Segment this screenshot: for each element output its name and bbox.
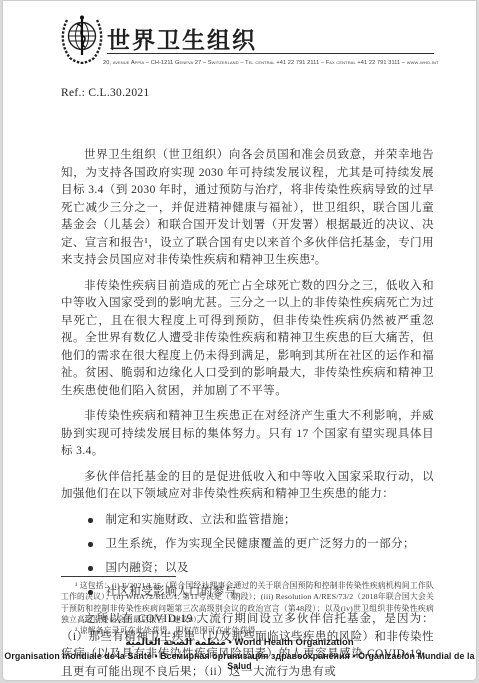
document-page: 世界卫生组织 20, avenue Appia – CH-1211 Geneva… (2, 0, 477, 681)
footnotes-section: ¹ 这包括：(i) E/2021/L35（联合国经社理事会通过的关于联合国预防和… (61, 576, 434, 636)
address-line: 20, avenue Appia – CH-1211 Geneva 27 – S… (103, 60, 438, 66)
bullet-text: 卫生系统，作为实现全民健康覆盖的更广泛努力的一部分； (106, 536, 415, 554)
footnote-1: ¹ 这包括：(i) E/2021/L35（联合国经社理事会通过的关于联合国预防和… (61, 580, 434, 625)
org-title: 世界卫生组织 (107, 22, 257, 55)
footnote-2: ² 谅解备忘录可在此处获得。职权范围可在此处获得。 (61, 625, 434, 636)
footer-line-1: منظمة الصحة العالمية • World Health Orga… (3, 637, 476, 648)
bullet-item: 卫生系统，作为实现全民健康覆盖的更广泛努力的一部分； (88, 536, 434, 554)
who-logo-icon (59, 14, 105, 64)
header-rule (107, 53, 434, 54)
bullet-dot-icon (88, 542, 93, 547)
bullet-item: 制定和实施财政、立法和监管措施； (88, 512, 434, 530)
footnote-separator (61, 576, 176, 577)
paragraph-4: 多伙伴信托基金的目的是促进低收入和中等收入国家采取行动，以加强他们在以下领域应对… (61, 469, 434, 504)
bullet-dot-icon (88, 518, 93, 523)
bullet-dot-icon (88, 566, 93, 571)
bullet-text: 制定和实施财政、立法和监管措施； (106, 512, 296, 530)
footer-line-2: Organisation mondiale de la Santé • Всем… (3, 651, 476, 671)
ref-number: Ref.: C.L.30.2021 (61, 87, 149, 99)
paragraph-3: 非传染性疾病和精神卫生疾患正在对经济产生重大不利影响，并威胁到实现可持续发展目标… (61, 408, 434, 461)
paragraph-1: 世界卫生组织（世卫组织）向各会员国和准会员致意，并荣幸地告知，为支持各国政府实现… (61, 147, 434, 270)
document-footer: منظمة الصحة العالمية • World Health Orga… (3, 637, 476, 671)
bullet-text: 国内融资；以及 (106, 560, 189, 578)
paragraph-2: 非传染性疾病目前造成的死亡占全球死亡数的四分之三，低收入和中等收入国家受到的影响… (61, 278, 434, 401)
bullet-item: 国内融资；以及 (88, 560, 434, 578)
